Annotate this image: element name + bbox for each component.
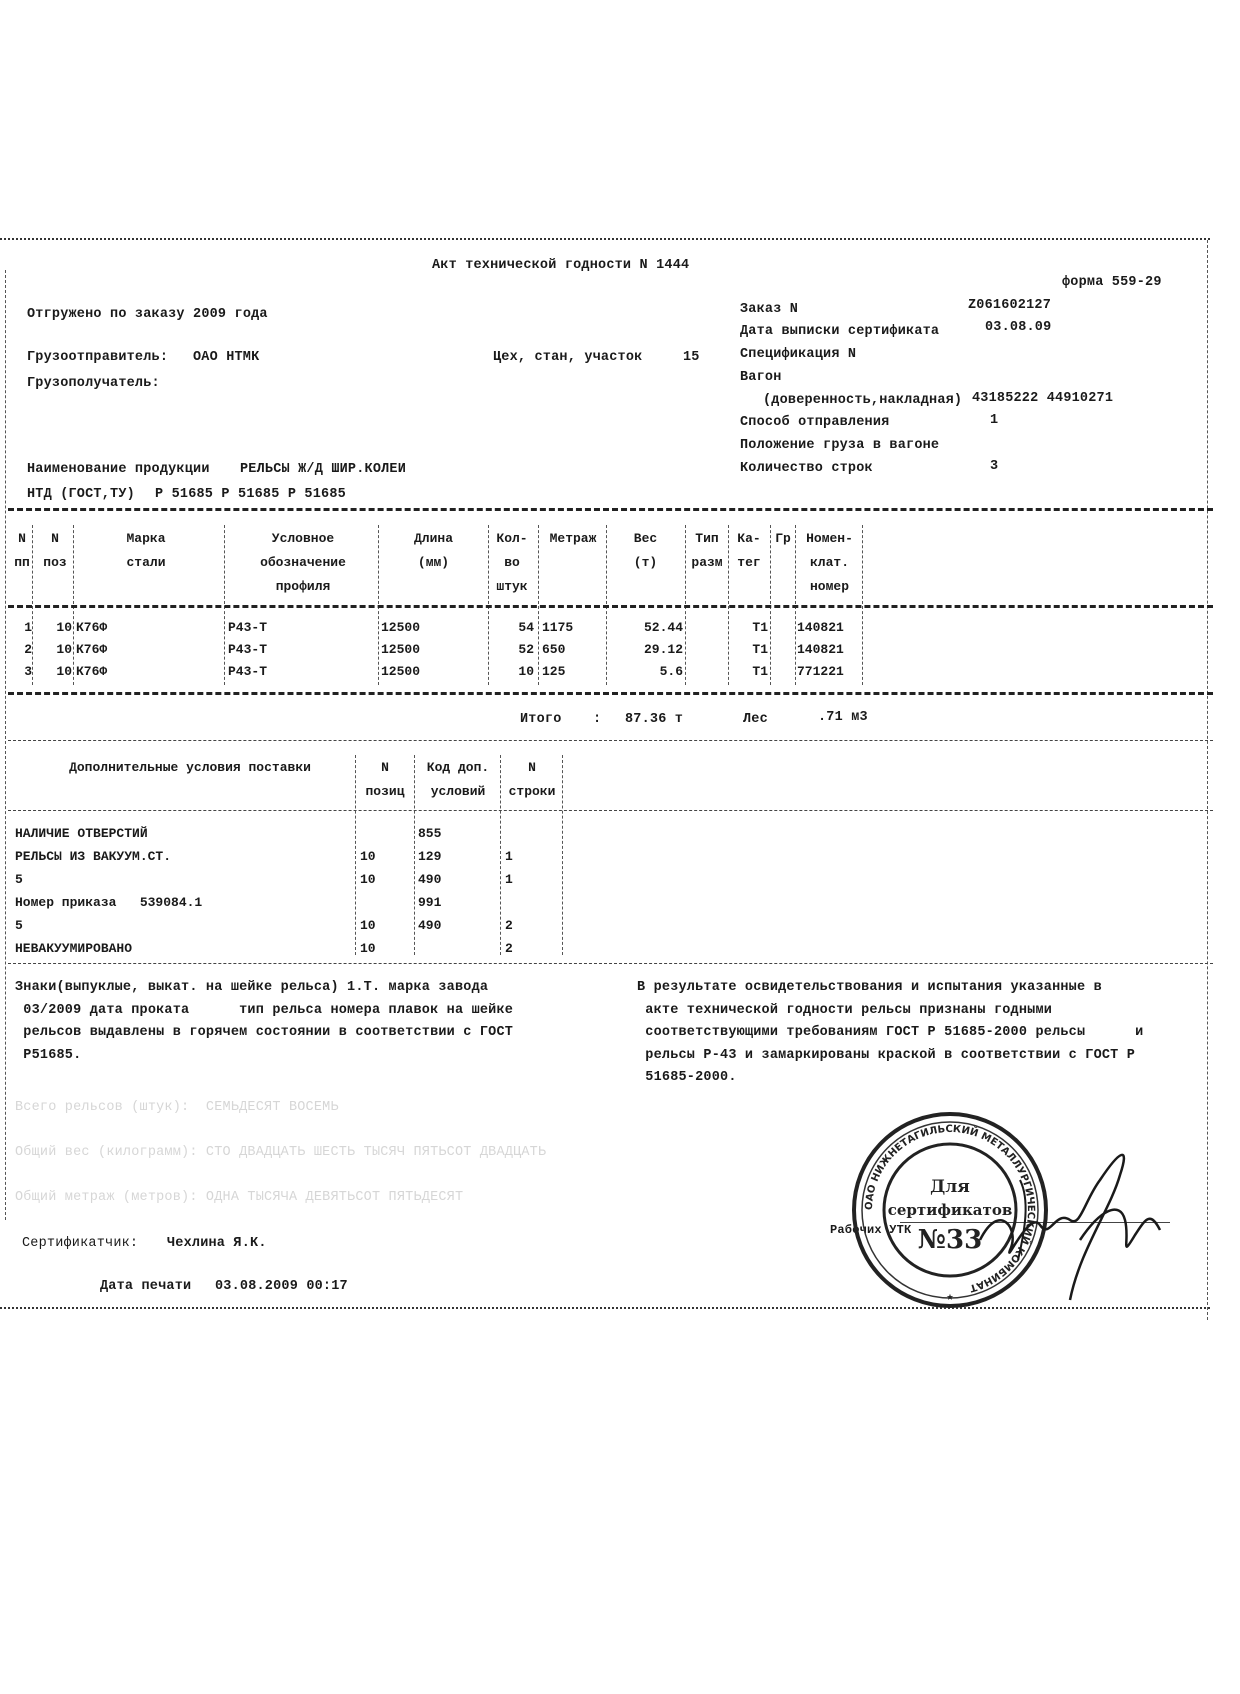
table-header-cell: N: [12, 531, 32, 546]
table-header-cell: пп: [12, 555, 32, 570]
table-cell-length: 12500: [381, 642, 486, 657]
order-value: Z061602127: [968, 298, 1051, 313]
table-header-cell: N: [38, 531, 72, 546]
signature: [960, 1140, 1170, 1310]
document-title: Акт технической годности N 1444: [432, 258, 689, 273]
consignee-label: Грузополучатель:: [27, 376, 160, 391]
table-cell-steel: К76Ф: [76, 642, 216, 657]
certifier-value: Чехлина Я.К.: [167, 1236, 267, 1251]
table-cell-pp: 3: [12, 664, 32, 679]
table-header-cell: номер: [797, 579, 862, 594]
dispatch-value: 1: [990, 413, 998, 428]
table-cell-profile: Р43-Т: [228, 642, 378, 657]
table-header-cell: (мм): [381, 555, 486, 570]
table-cell-nomenclature: 771221: [797, 664, 862, 679]
conditions-cell-text: НЕВАКУУМИРОВАНО: [15, 941, 345, 956]
conditions-cell-pos: 10: [360, 918, 410, 933]
conditions-cell-text: 5: [15, 872, 345, 887]
form-number: форма 559-29: [1062, 275, 1162, 290]
result-line: В результате освидетельствования и испыт…: [637, 980, 1102, 995]
marks-line: Р51685.: [15, 1048, 81, 1063]
table-cell-pp: 2: [12, 642, 32, 657]
table-header-cell: обозначение: [228, 555, 378, 570]
table-cell-category: Т1: [730, 664, 768, 679]
spec-label: Спецификация N: [740, 347, 856, 362]
product-name-value: РЕЛЬСЫ Ж/Д ШИР.КОЛЕИ: [240, 462, 406, 477]
conditions-cell-text: 5: [15, 918, 345, 933]
faded-summary-line: Общий вес (килограмм): СТО ДВАДЦАТЬ ШЕСТ…: [15, 1145, 546, 1160]
table-header-cell: разм: [686, 555, 728, 570]
conditions-cell-line: 1: [505, 849, 560, 864]
conditions-cell-code: 490: [418, 918, 498, 933]
conditions-cell-pos: 10: [360, 872, 410, 887]
shipper-value: ОАО НТМК: [193, 350, 259, 365]
table-header-cell: Вес: [608, 531, 683, 546]
total-colon: :: [593, 712, 601, 727]
conditions-cell-code: 991: [418, 895, 498, 910]
conditions-cell-line: 2: [505, 941, 560, 956]
ntd-label: НТД (ГОСТ,ТУ): [27, 487, 135, 502]
shop-value: 15: [683, 350, 700, 365]
conditions-header-cell: N: [502, 760, 562, 775]
wagon-label: Вагон: [740, 370, 782, 385]
result-line: рельсы Р-43 и замаркированы краской в со…: [637, 1048, 1135, 1063]
conditions-cell-line: 1: [505, 872, 560, 887]
marks-line: 03/2009 дата проката тип рельса номера п…: [15, 1003, 513, 1018]
cert-date-label: Дата выписки сертификата: [740, 324, 939, 339]
waybill-label: (доверенность,накладная): [763, 393, 962, 408]
table-cell-poz: 10: [38, 620, 72, 635]
ntd-value: Р 51685 Р 51685 Р 51685: [155, 487, 346, 502]
total-label: Итого: [520, 712, 562, 727]
table-cell-poz: 10: [38, 664, 72, 679]
shipped-by-order: Отгружено по заказу 2009 года: [27, 307, 268, 322]
table-header-cell: Условное: [228, 531, 378, 546]
conditions-header-cell: строки: [502, 784, 562, 799]
wood-value: .71 м3: [818, 710, 868, 725]
conditions-cell-code: 129: [418, 849, 498, 864]
conditions-cell-line: 2: [505, 918, 560, 933]
table-cell-nomenclature: 140821: [797, 642, 862, 657]
table-header-cell: Ка-: [730, 531, 768, 546]
top-border: [0, 238, 1210, 240]
result-line: акте технической годности рельсы признан…: [637, 1003, 1052, 1018]
table-cell-meters: 1175: [542, 620, 604, 635]
table-cell-qty: 52: [490, 642, 534, 657]
right-border: [1207, 240, 1208, 1320]
stamp-star-icon: ★: [946, 1290, 953, 1304]
table-cell-pp: 1: [12, 620, 32, 635]
table-header-cell: профиля: [228, 579, 378, 594]
table-cell-weight: 5.6: [608, 664, 683, 679]
conditions-column-separator: [562, 755, 563, 955]
conditions-column-separator: [500, 755, 501, 955]
table-cell-meters: 125: [542, 664, 604, 679]
left-border: [5, 270, 6, 1220]
table-header-cell: штук: [490, 579, 534, 594]
cert-date-value: 03.08.09: [985, 320, 1051, 335]
table-cell-qty: 10: [490, 664, 534, 679]
table-header-cell: поз: [38, 555, 72, 570]
product-name-label: Наименование продукции: [27, 462, 210, 477]
faded-summary-line: Общий метраж (метров): ОДНА ТЫСЯЧА ДЕВЯТ…: [15, 1190, 463, 1205]
rows-count-value: 3: [990, 459, 998, 474]
wood-label: Лес: [743, 712, 768, 727]
table-header-cell: Длина: [381, 531, 486, 546]
dispatch-label: Способ отправления: [740, 415, 889, 430]
table-cell-poz: 10: [38, 642, 72, 657]
conditions-bottom-rule: [8, 963, 1213, 964]
table-header-cell: тег: [730, 555, 768, 570]
print-date-value: 03.08.2009 00:17: [215, 1279, 348, 1294]
table-header-cell: стали: [76, 555, 216, 570]
table-cell-profile: Р43-Т: [228, 620, 378, 635]
result-line: соответствующими требованиям ГОСТ Р 5168…: [637, 1025, 1143, 1040]
conditions-cell-text: Номер приказа 539084.1: [15, 895, 345, 910]
table-cell-steel: К76Ф: [76, 620, 216, 635]
conditions-header-rule: [8, 810, 1213, 811]
table-cell-weight: 29.12: [608, 642, 683, 657]
conditions-cell-code: 490: [418, 872, 498, 887]
totals-rule: [8, 740, 1213, 741]
conditions-cell-pos: 10: [360, 849, 410, 864]
table-header-cell: Номен-: [797, 531, 862, 546]
table-header-cell: клат.: [797, 555, 862, 570]
result-line: 51685-2000.: [637, 1070, 737, 1085]
table-header-cell: Кол-: [490, 531, 534, 546]
table-cell-steel: К76Ф: [76, 664, 216, 679]
table-cell-length: 12500: [381, 664, 486, 679]
waybill-value: 43185222 44910271: [972, 391, 1113, 406]
conditions-header-cell: Дополнительные условия поставки: [30, 760, 350, 775]
cargo-position-label: Положение груза в вагоне: [740, 438, 939, 453]
conditions-cell-text: РЕЛЬСЫ ИЗ ВАКУУМ.СТ.: [15, 849, 345, 864]
conditions-column-separator: [355, 755, 356, 955]
order-label: Заказ N: [740, 302, 798, 317]
conditions-header-cell: Код доп.: [416, 760, 500, 775]
conditions-header-cell: N: [357, 760, 413, 775]
faded-summary-line: Всего рельсов (штук): СЕМЬДЕСЯТ ВОСЕМЬ: [15, 1100, 339, 1115]
marks-line: Знаки(выпуклые, выкат. на шейке рельса) …: [15, 980, 488, 995]
table-header-cell: (т): [608, 555, 683, 570]
table-cell-weight: 52.44: [608, 620, 683, 635]
table-bottom-rule: [8, 692, 1213, 695]
table-cell-length: 12500: [381, 620, 486, 635]
table-header-cell: Гр: [772, 531, 794, 546]
certificate-page: Акт технической годности N 1444 форма 55…: [0, 0, 1240, 1694]
table-header-rule: [8, 605, 1213, 608]
conditions-cell-code: 855: [418, 826, 498, 841]
marks-line: рельсов выдавлены в горячем состоянии в …: [15, 1025, 513, 1040]
table-cell-category: Т1: [730, 620, 768, 635]
table-header-cell: Тип: [686, 531, 728, 546]
table-cell-nomenclature: 140821: [797, 620, 862, 635]
shipper-label: Грузоотправитель:: [27, 350, 168, 365]
table-cell-qty: 54: [490, 620, 534, 635]
rows-count-label: Количество строк: [740, 461, 873, 476]
conditions-column-separator: [414, 755, 415, 955]
table-top-rule: [8, 508, 1213, 511]
conditions-cell-pos: 10: [360, 941, 410, 956]
conditions-header-cell: условий: [416, 784, 500, 799]
certifier-label: Сертификатчик:: [22, 1236, 138, 1251]
table-cell-category: Т1: [730, 642, 768, 657]
conditions-header-cell: позиц: [357, 784, 413, 799]
table-header-cell: во: [490, 555, 534, 570]
conditions-cell-text: НАЛИЧИЕ ОТВЕРСТИЙ: [15, 826, 345, 841]
table-header-cell: Метраж: [542, 531, 604, 546]
total-value: 87.36 т: [625, 712, 683, 727]
print-date-label: Дата печати: [100, 1279, 191, 1294]
table-header-cell: Марка: [76, 531, 216, 546]
shop-label: Цех, стан, участок: [493, 350, 642, 365]
table-cell-meters: 650: [542, 642, 604, 657]
table-cell-profile: Р43-Т: [228, 664, 378, 679]
